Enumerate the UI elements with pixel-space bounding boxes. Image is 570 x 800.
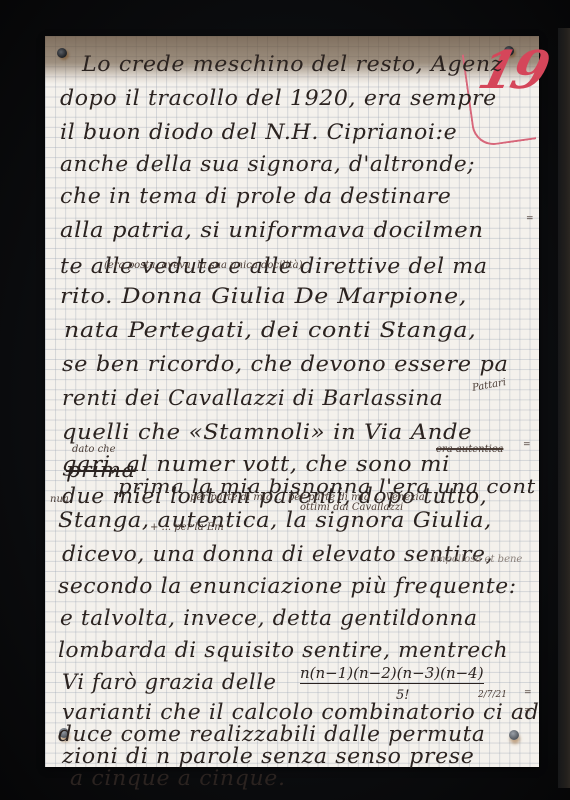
interlinear-line17: + ... per la Em xyxy=(150,522,224,533)
margin-mark: = xyxy=(523,440,531,450)
margin-mark: = xyxy=(526,214,534,224)
text-line-16: Stanga, autentica, la signora Giulia, xyxy=(58,508,492,532)
margin-mark: = xyxy=(524,706,532,716)
text-line-17: dicevo, una donna di elevato sentire, xyxy=(62,542,493,566)
text-line-23: duce come realizzabili dalle permuta xyxy=(58,722,485,746)
text-line-11: renti dei Cavallazzi di Barlassina xyxy=(62,386,443,410)
date-note: 2/7/21 xyxy=(478,690,507,700)
text-line-12: quelli che «Stamnoli» in Via Ande xyxy=(62,420,472,444)
text-line-8: rito. Donna Giulia De Marpione, xyxy=(60,284,467,308)
text-line-9: nata Pertegati, dei conti Stanga, xyxy=(64,318,476,342)
text-line-25: a cinque a cinque. xyxy=(70,766,286,790)
text-line-24: zioni di n parole senza senso prese xyxy=(62,744,474,768)
text-line-5: che in tema di prole da destinare xyxy=(60,184,451,208)
text-line-20: lombarda di squisito sentire, mentrech xyxy=(58,638,508,662)
pin-top-left-icon xyxy=(57,48,67,58)
text-line-1: Lo crede meschino del resto, Agenz xyxy=(82,52,503,76)
margin-note-nua: nua xyxy=(50,494,69,505)
interlinear-line18: ampollosa et bene xyxy=(430,554,522,565)
text-line-4: anche della sua signora, d'altronde; xyxy=(60,152,475,176)
text-line-21: Vi farò grazia delle xyxy=(62,670,277,694)
text-line-2: dopo il tracollo del 1920, era sempre xyxy=(60,86,497,110)
margin-mark: = xyxy=(524,688,532,698)
text-line-6: alla patria, si uniformava docilmen xyxy=(60,218,484,242)
text-line-19: e talvolta, invece, detta gentildonna xyxy=(60,606,478,630)
interlinear-dato-che: dato che xyxy=(72,444,116,455)
text-line-3: il buon diodo del N.H. Ciprianoi:e xyxy=(60,120,457,144)
interlinear-struck-right: era autentica xyxy=(436,444,503,455)
interlinear-insert-line7: (era posta, aveva, la sua unica docilità… xyxy=(104,260,303,271)
text-line-10: se ben ricordo, che devono essere pa xyxy=(62,352,509,376)
adjacent-page-edge xyxy=(558,28,570,788)
text-line-22: varianti che il calcolo combinatorio ci … xyxy=(62,700,539,724)
pin-bottom-right-icon xyxy=(509,730,519,740)
combinatorics-formula: n(n−1)(n−2)(n−3)(n−4) xyxy=(300,664,484,684)
text-line-18: secondo la enunciazione più frequente: xyxy=(58,574,517,598)
